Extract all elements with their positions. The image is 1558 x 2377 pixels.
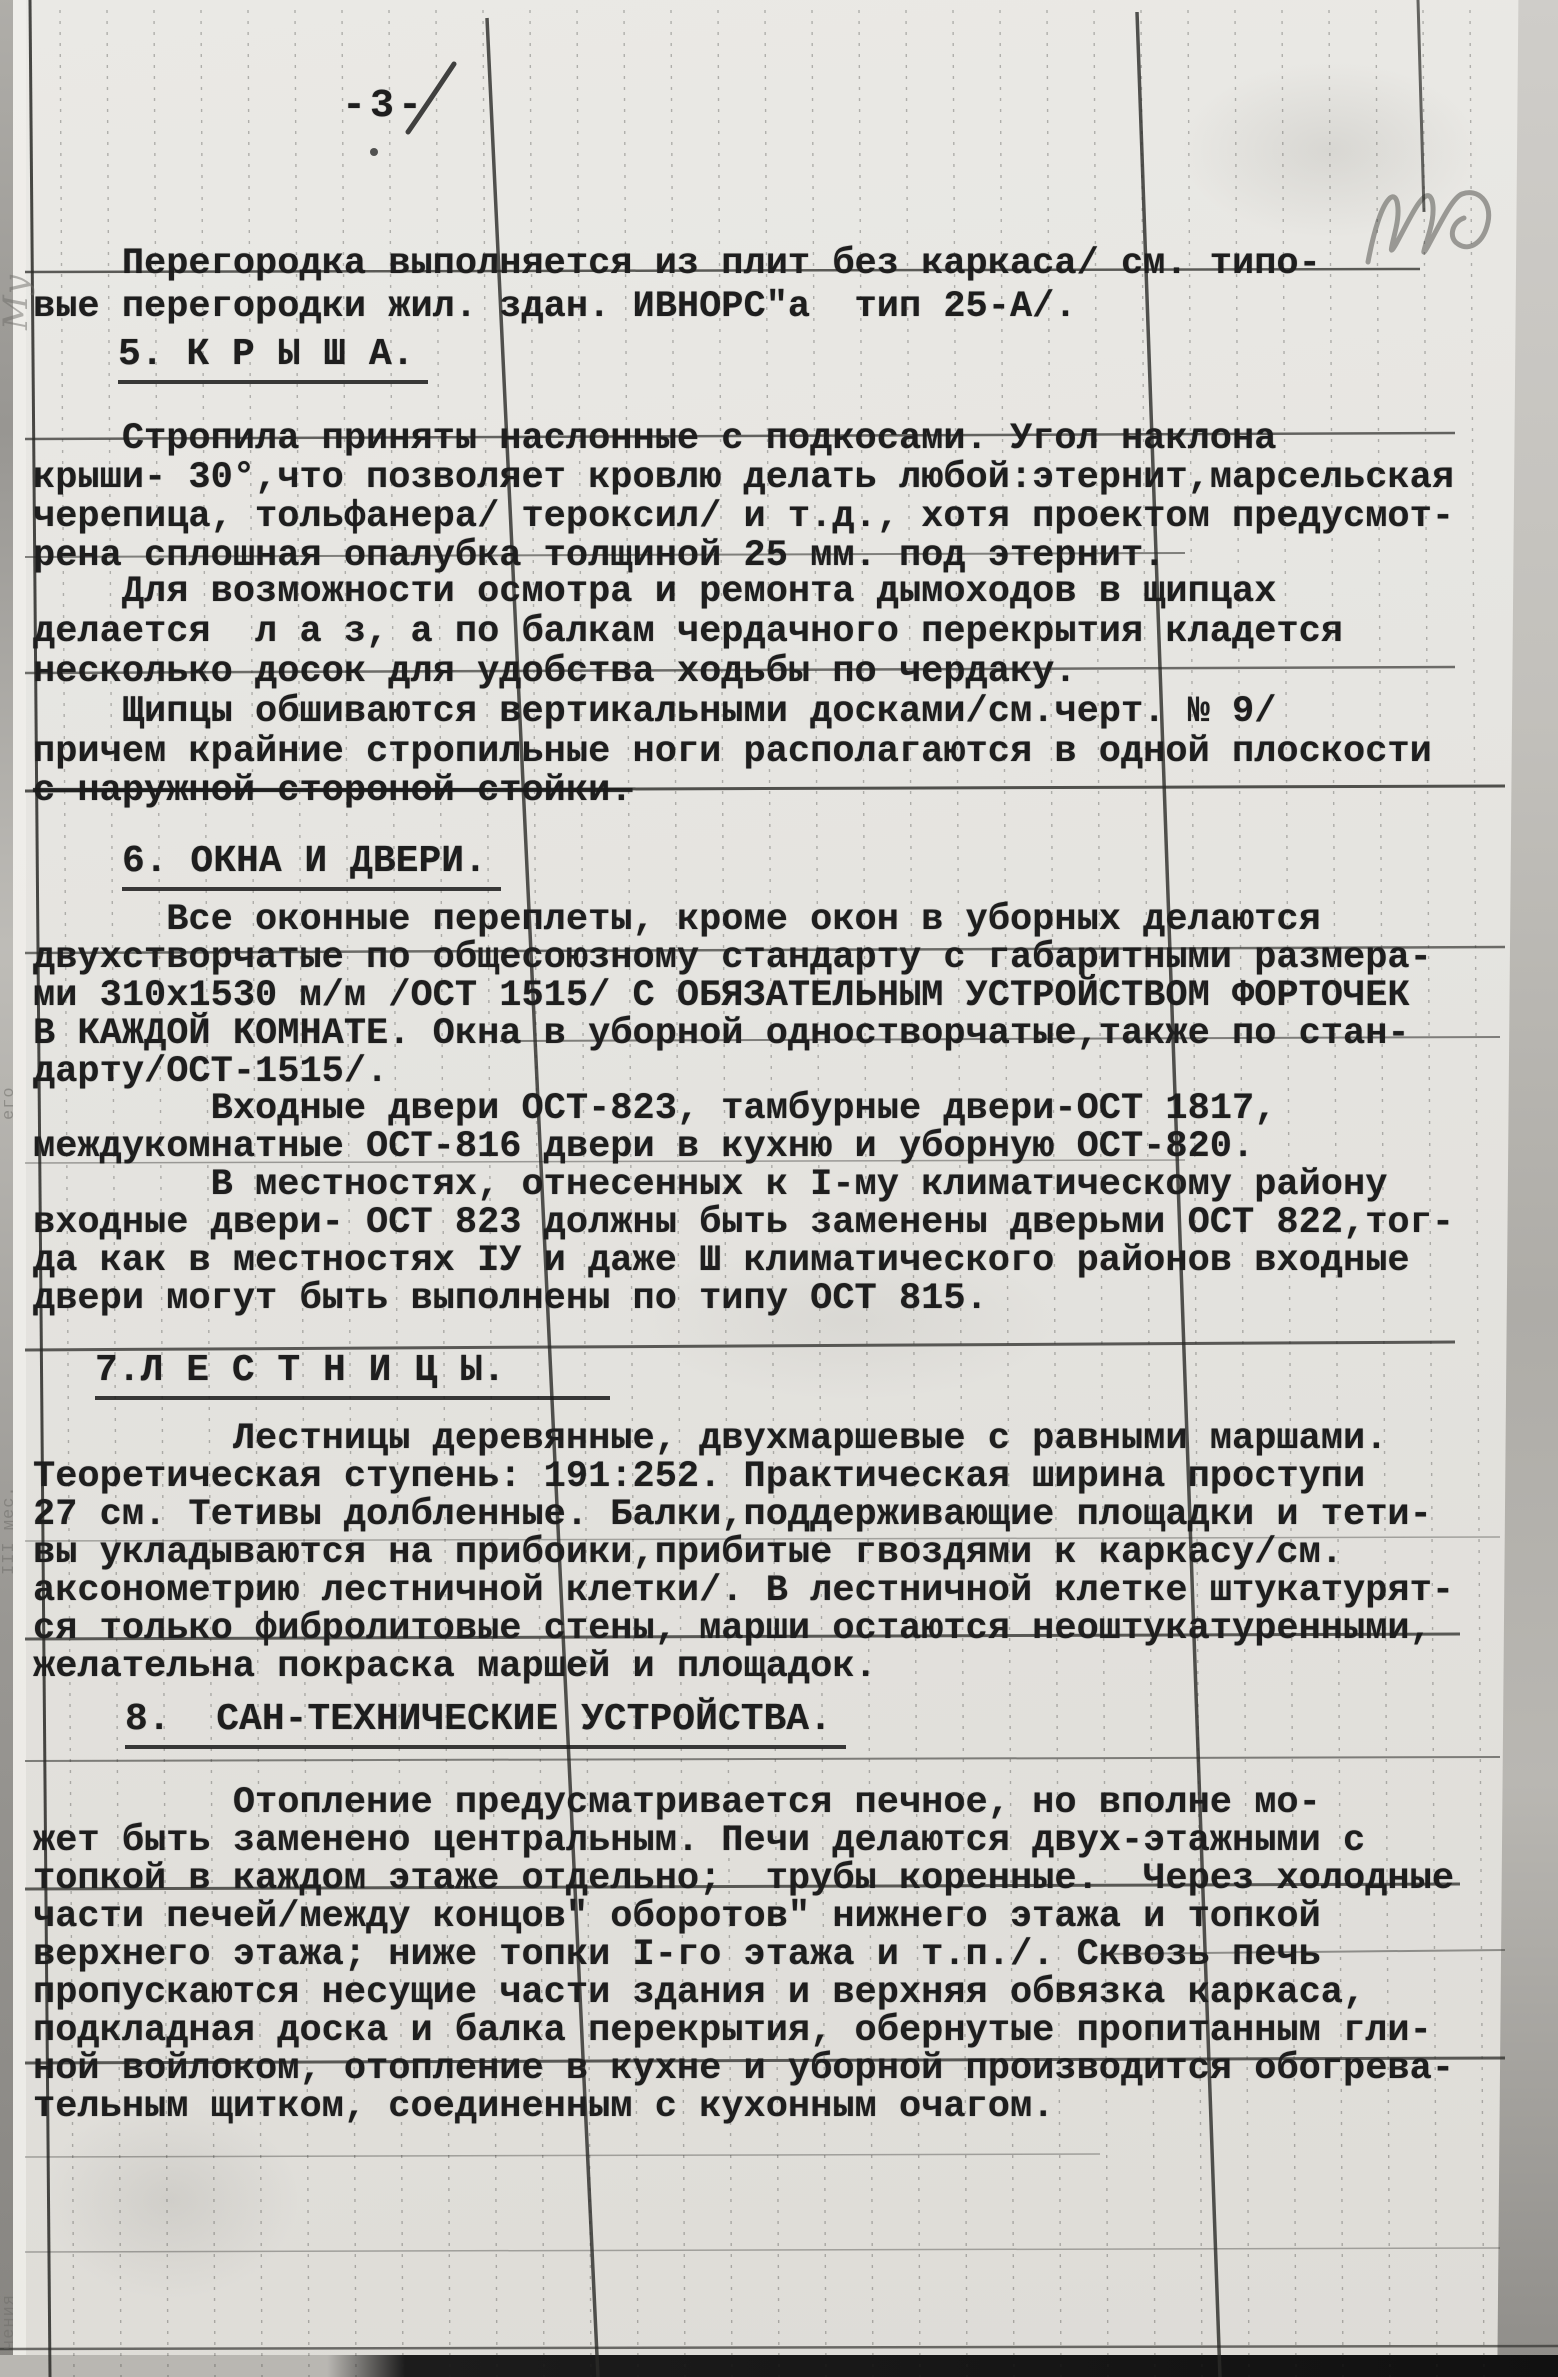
typed-line: крыши- 30°,что позволяет кровлю делать л… bbox=[33, 459, 1454, 498]
typed-paragraph-rafters: Стропила приняты наслонные с подкосами. … bbox=[33, 420, 1454, 576]
typed-paragraph-chimney: Для возможности осмотра и ремонта дымохо… bbox=[33, 572, 1343, 692]
typed-line: желательна покраска маршей и площадок. bbox=[33, 1648, 1454, 1686]
margin-text-fragment: III мес. bbox=[0, 1485, 19, 1575]
typed-line: Перегородка выполняется из плит без карк… bbox=[33, 243, 1321, 286]
ruled-line bbox=[1418, 0, 1424, 212]
typed-line: верхнего этажа; ниже топки I-го этажа и … bbox=[33, 1936, 1454, 1974]
typed-line: входные двери- ОСТ 823 должны быть замен… bbox=[33, 1204, 1454, 1242]
ruled-line bbox=[25, 2248, 1500, 2252]
typed-line: черепица, тольфанера/ тероксил/ и т.д., … bbox=[33, 498, 1454, 537]
typed-line: тельным щитком, соединенным с кухонным о… bbox=[33, 2088, 1454, 2126]
typed-line: ми 310х1530 м/м /ОСТ 1515/ С ОБЯЗАТЕЛЬНЫ… bbox=[33, 977, 1432, 1015]
typed-paragraph-heating: Отопление предусматривается печное, но в… bbox=[33, 1784, 1454, 2126]
scanned-document-page: -3- Перегородка выполняется из плит без … bbox=[0, 0, 1558, 2377]
typed-line: дарту/ОСТ-1515/. bbox=[33, 1053, 1432, 1091]
typed-line: двухстворчатые по общесоюзному стандарту… bbox=[33, 939, 1432, 977]
section-heading-stairs: 7.Л Е С Т Н И Ц Ы. bbox=[95, 1349, 610, 1400]
typed-line: вы укладываются на прибоики,прибитые гво… bbox=[33, 1534, 1454, 1572]
typed-line: В местностях, отнесенных к I-му климатич… bbox=[33, 1166, 1454, 1204]
typed-line: Теоретическая ступень: 191:252. Практиче… bbox=[33, 1458, 1454, 1496]
typed-line: Щипцы обшиваются вертикальными досками/с… bbox=[33, 692, 1432, 732]
section-heading-roof: 5. К Р Ы Ш А. bbox=[118, 333, 428, 384]
typed-paragraph-stairs: Лестницы деревянные, двухмаршевые с равн… bbox=[33, 1420, 1454, 1686]
paper-stain bbox=[40, 2100, 300, 2300]
scanner-right-edge bbox=[1492, 0, 1558, 2377]
typed-line-struck: с наружной стороной стойки. bbox=[33, 772, 633, 810]
typed-line: аксонометрию лестничной клетки/. В лестн… bbox=[33, 1572, 1454, 1610]
typed-line: двери могут быть выполнены по типу ОСТ 8… bbox=[33, 1280, 1454, 1318]
paper-left-gap bbox=[13, 0, 26, 2377]
typed-line: междукомнатные ОСТ-816 двери в кухню и у… bbox=[33, 1128, 1276, 1166]
ruled-line bbox=[1470, 10, 1484, 2377]
ink-dot bbox=[370, 148, 378, 156]
typed-line: жет быть заменено центральным. Печи дела… bbox=[33, 1822, 1454, 1860]
typed-paragraph-gables: Щипцы обшиваются вертикальными досками/с… bbox=[33, 692, 1432, 772]
typed-line: Стропила приняты наслонные с подкосами. … bbox=[33, 420, 1454, 459]
typed-line: 27 см. Тетивы долбленные. Балки,поддержи… bbox=[33, 1496, 1454, 1534]
typed-line: Лестницы деревянные, двухмаршевые с равн… bbox=[33, 1420, 1454, 1458]
typed-line: да как в местностях IУ и даже Ш климатич… bbox=[33, 1242, 1454, 1280]
typed-line: ся только фибролитовые стены, марши оста… bbox=[33, 1610, 1454, 1648]
typed-line: топкой в каждом этаже отдельно; трубы ко… bbox=[33, 1860, 1454, 1898]
section-heading-windows-doors: 6. ОКНА И ДВЕРИ. bbox=[122, 840, 501, 891]
typed-line: причем крайние стропильные ноги располаг… bbox=[33, 732, 1432, 772]
page-number: -3- bbox=[342, 84, 426, 129]
typed-paragraph-windows: Все оконные переплеты, кроме окон в убор… bbox=[33, 901, 1432, 1091]
typed-line: В КАЖДОЙ КОМНАТЕ. Окна в уборной одноств… bbox=[33, 1015, 1432, 1053]
typed-line: вые перегородки жил. здан. ИВНОРС"а тип … bbox=[33, 286, 1321, 329]
typed-line: части печей/между концов" оборотов" нижн… bbox=[33, 1898, 1454, 1936]
typed-line: несколько досок для удобства ходьбы по ч… bbox=[33, 652, 1343, 692]
typed-line: Отопление предусматривается печное, но в… bbox=[33, 1784, 1454, 1822]
typed-paragraph-partition: Перегородка выполняется из плит без карк… bbox=[33, 243, 1321, 329]
handwritten-pencil-mark bbox=[1368, 193, 1489, 262]
typed-line: Все оконные переплеты, кроме окон в убор… bbox=[33, 901, 1432, 939]
margin-text-fragment: его bbox=[0, 1086, 19, 1120]
ruled-line bbox=[0, 2346, 1558, 2349]
typed-paragraph-climate: В местностях, отнесенных к I-му климатич… bbox=[33, 1166, 1454, 1318]
paper-stain bbox=[1180, 60, 1480, 240]
typed-line: подкладная доска и балка перекрытия, обе… bbox=[33, 2012, 1454, 2050]
margin-handwriting-fragment: Му bbox=[0, 273, 36, 330]
scanner-bottom-edge bbox=[0, 2355, 1558, 2377]
section-heading-sanitary: 8. САН-ТЕХНИЧЕСКИЕ УСТРОЙСТВА. bbox=[125, 1698, 846, 1749]
typed-paragraph-doors: Входные двери ОСТ-823, тамбурные двери-О… bbox=[33, 1090, 1276, 1166]
typed-line: делается л а з, а по балкам чердачного п… bbox=[33, 612, 1343, 652]
typed-line: Входные двери ОСТ-823, тамбурные двери-О… bbox=[33, 1090, 1276, 1128]
ruled-line bbox=[25, 1757, 1500, 1761]
typed-line: ной войлоком, отопление в кухне и уборно… bbox=[33, 2050, 1454, 2088]
margin-text-fragment: чения bbox=[0, 2294, 19, 2350]
typed-line: Для возможности осмотра и ремонта дымохо… bbox=[33, 572, 1343, 612]
typed-line: пропускаются несущие части здания и верх… bbox=[33, 1974, 1454, 2012]
ruled-line bbox=[25, 2154, 1100, 2157]
binding-edge-strip bbox=[0, 0, 13, 2377]
